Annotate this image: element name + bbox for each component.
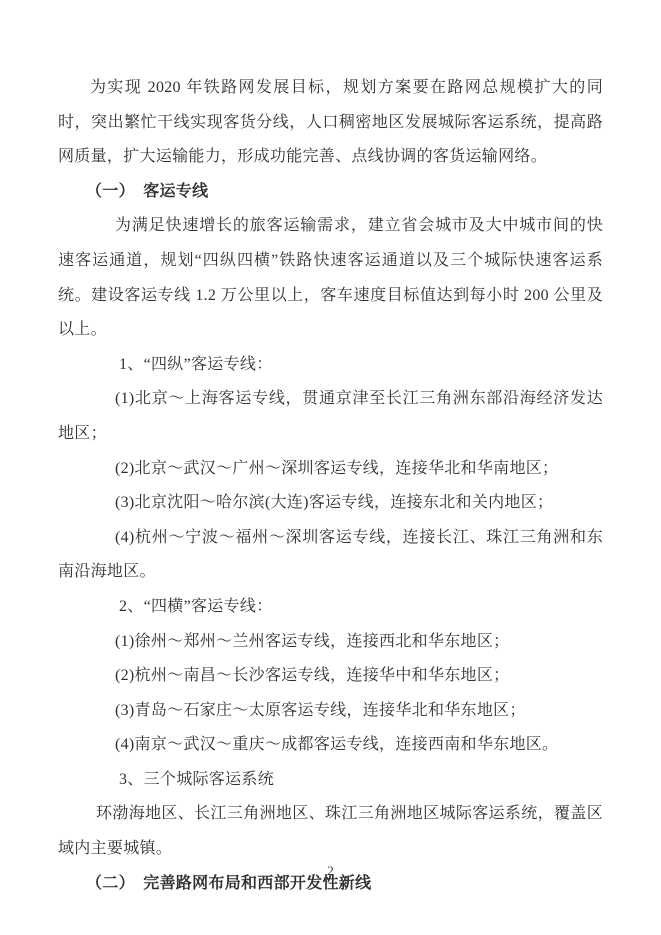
horizontal-line-item-2: (2)杭州～南昌～长沙客运专线，连接华中和华东地区； bbox=[58, 659, 603, 694]
horizontal-line-item-4: (4)南京～武汉～重庆～成都客运专线，连接西南和华东地区。 bbox=[58, 728, 603, 763]
vertical-line-item-3: (3)北京沈阳～哈尔滨(大连)客运专线，连接东北和关内地区； bbox=[58, 486, 603, 521]
vertical-lines-title: 1、“四纵”客运专线： bbox=[58, 348, 603, 383]
vertical-line-item-1: (1)北京～上海客运专线，贯通京津至长江三角洲东部沿海经济发达地区； bbox=[58, 382, 603, 451]
document-content: 为实现 2020 年铁路网发展目标，规划方案要在路网总规模扩大的同时，突出繁忙干… bbox=[58, 71, 603, 901]
page-number: 2 bbox=[0, 862, 661, 880]
section1-heading: （一） 客运专线 bbox=[58, 175, 603, 210]
intercity-systems-title: 3、三个城际客运系统 bbox=[58, 763, 603, 798]
horizontal-line-item-1: (1)徐州～郑州～兰州客运专线，连接西北和华东地区； bbox=[58, 625, 603, 660]
section1-intro-paragraph: 为满足快速增长的旅客运输需求，建立省会城市及大中城市间的快速客运通道，规划“四纵… bbox=[58, 209, 603, 347]
vertical-line-item-2: (2)北京～武汉～广州～深圳客运专线，连接华北和华南地区； bbox=[58, 452, 603, 487]
horizontal-lines-title: 2、“四横”客运专线： bbox=[58, 590, 603, 625]
intercity-systems-body: 环渤海地区、长江三角洲地区、珠江三角洲地区城际客运系统，覆盖区域内主要城镇。 bbox=[58, 797, 603, 866]
document-page: 为实现 2020 年铁路网发展目标，规划方案要在路网总规模扩大的同时，突出繁忙干… bbox=[0, 0, 661, 935]
intro-paragraph: 为实现 2020 年铁路网发展目标，规划方案要在路网总规模扩大的同时，突出繁忙干… bbox=[58, 71, 603, 175]
vertical-line-item-4: (4)杭州～宁波～福州～深圳客运专线，连接长江、珠江三角洲和东南沿海地区。 bbox=[58, 521, 603, 590]
horizontal-line-item-3: (3)青岛～石家庄～太原客运专线，连接华北和华东地区； bbox=[58, 694, 603, 729]
